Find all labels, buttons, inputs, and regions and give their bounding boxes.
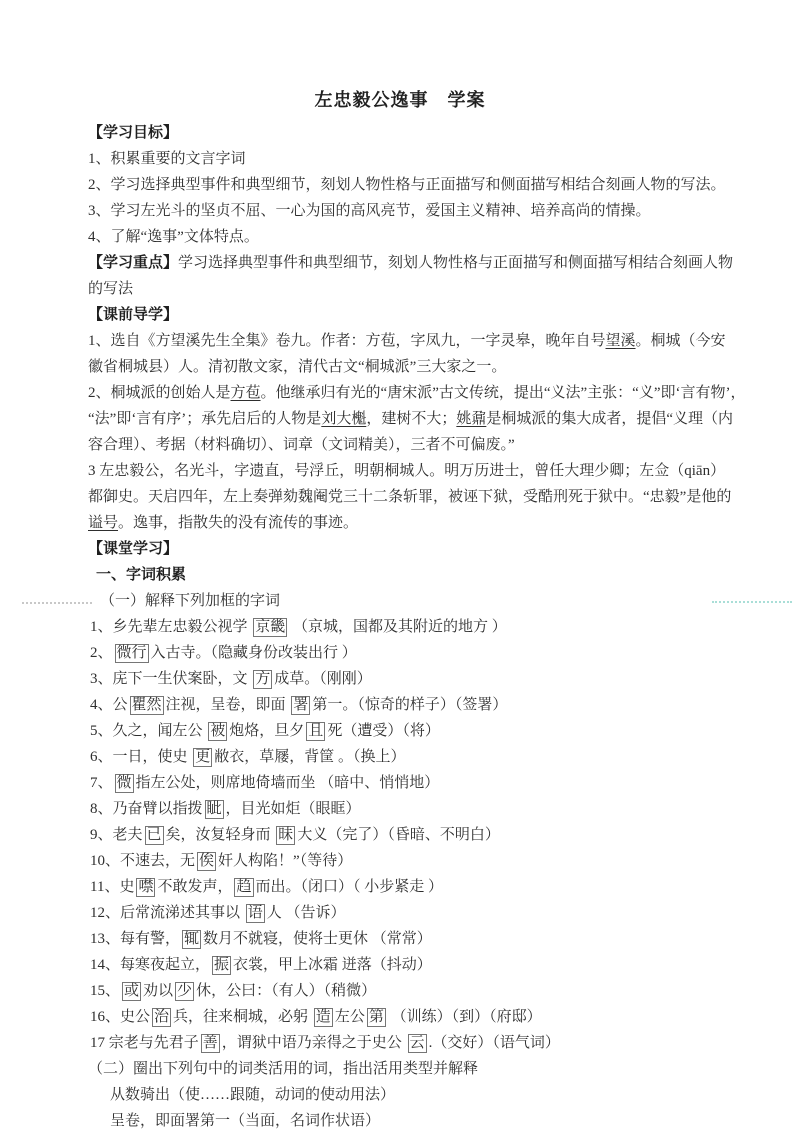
text-segment: 成草。（刚刚） (274, 671, 372, 687)
document-body: 【学习目标】 1、积累重要的文言字词2、学习选择典型事件和典型细节，刻划人物性格… (0, 112, 800, 1132)
text-segment: 2、学习选择典型事件和典型细节，刻划人物性格与正面描写和侧面描写相结合刻画人物的… (88, 177, 726, 193)
text-segment: 入古寺。（隐藏身份改装出行 ） (151, 645, 357, 661)
text-segment: 的写法 (88, 281, 133, 297)
preclass-line: 徽省桐城县）人。清初散文家，清代古文“桐城派”三大家之一。 (88, 354, 780, 380)
boxed-word: 语 (246, 904, 265, 923)
text-segment: 徽省桐城县）人。清初散文家，清代古文“桐城派”三大家之一。 (88, 359, 506, 375)
section-heading-preclass: 【课前导学】 (88, 302, 780, 328)
boxed-word: 云 (408, 1034, 427, 1053)
exercise1-item: 11、史噤不敢发声，趋而出。（闭口）（ 小步紧走 ） (88, 874, 780, 900)
text-segment: 炮烙，旦夕 (229, 723, 304, 739)
exercise1-item: 3、庑下一生伏案卧，文 方成草。（刚刚） (88, 666, 780, 692)
text-segment: 3、庑下一生伏案卧，文 (90, 671, 251, 687)
text-segment: 呈卷，即面署第一（当面，名词作状语） (110, 1113, 380, 1129)
exercise1-title: （一）解释下列加框的字词 (88, 588, 780, 614)
text-segment: 不敢发声， (157, 879, 232, 895)
text-segment: 6、一日，使史 (90, 749, 191, 765)
underlined-word: 方苞 (231, 385, 261, 401)
preclass-line: 谥号。逸事，指散失的没有流传的事迹。 (88, 510, 780, 536)
section-heading-goals: 【学习目标】 (88, 120, 780, 146)
text-segment: 休，公曰：（有人）（稍微） (196, 983, 376, 999)
exercise1-item: 12、后常流涕述其事以 语人 （告诉） (88, 900, 780, 926)
text-segment: （京城，国都及其附近的地方 ） (289, 619, 507, 635)
text-segment: 16、史公 (90, 1009, 150, 1025)
text-segment: 从数骑出（使……跟随，动词的使动用法） (110, 1087, 395, 1103)
boxed-word: 署 (291, 696, 310, 715)
text-segment: 11、史 (90, 879, 134, 895)
preclass-paragraphs: 1、选自《方望溪先生全集》卷九。作者：方苞，字凤九，一字灵皋，晚年自号望溪。桐城… (88, 328, 780, 536)
text-segment: 数月不就寝，使将士更休 （常常） (203, 931, 432, 947)
preclass-line: 1、选自《方望溪先生全集》卷九。作者：方苞，字凤九，一字灵皋，晚年自号望溪。桐城… (88, 328, 780, 354)
boxed-word: 眦 (205, 800, 224, 819)
text-segment: 。桐城（今安 (636, 333, 726, 349)
document-page: 左忠毅公逸事 学案 【学习目标】 1、积累重要的文言字词2、学习选择典型事件和典… (0, 0, 800, 1132)
underlined-word: 刘大櫆 (321, 411, 366, 427)
boxed-word: 京畿 (253, 618, 287, 637)
text-segment: （训练）（到）（府邸） (388, 1009, 542, 1025)
boxed-word: 治 (152, 1008, 171, 1027)
boxed-word: 且 (306, 722, 325, 741)
boxed-word: 微 (115, 774, 134, 793)
exercise2-line: 呈卷，即面署第一（当面，名词作状语） (88, 1108, 780, 1132)
boxed-word: 少 (175, 982, 194, 1001)
text-segment: 【学习重点】 (88, 255, 178, 271)
text-segment: 4、了解“逸事”文体特点。 (88, 229, 259, 245)
exercise1-item: 1、乡先辈左忠毅公视学 京畿 （京城，国都及其附近的地方 ） (88, 614, 780, 640)
text-segment: 敝衣，草屦，背筐 。（换上） (214, 749, 405, 765)
text-segment: 劝以 (143, 983, 173, 999)
preclass-line: 容合理）、考据（材料确切）、词章（文词精美），三者不可偏废。” (88, 432, 780, 458)
boxed-word: 瞿然 (130, 696, 164, 715)
preclass-line: 2、桐城派的创始人是方苞。他继承归有光的“唐宋派”古文传统，提出“义法”主张：“… (88, 380, 780, 406)
exercise1-item: 15、或劝以少休，公曰：（有人）（稍微） (88, 978, 780, 1004)
text-segment: 人 （告诉） (267, 905, 346, 921)
exercise1-item: 6、一日，使史 更敝衣，草屦，背筐 。（换上） (88, 744, 780, 770)
exercise1-item: 9、老夫已矣，汝复轻身而 昧大义（完了）（昏暗、不明白） (88, 822, 780, 848)
boxed-word: 或 (122, 982, 141, 1001)
exercise2-list: 从数骑出（使……跟随，动词的使动用法）呈卷，即面署第一（当面，名词作状语） (88, 1082, 780, 1132)
text-segment: ，目光如炬（眼眶） (226, 801, 361, 817)
goal-line: 2、学习选择典型事件和典型细节，刻划人物性格与正面描写和侧面描写相结合刻画人物的… (88, 172, 780, 198)
boxed-word: 造 (314, 1008, 333, 1027)
boxed-word: 方 (253, 670, 272, 689)
key-point-paragraph: 【学习重点】学习选择典型事件和典型细节，刻划人物性格与正面描写和侧面描写相结合刻… (88, 250, 780, 302)
boxed-word: 善 (201, 1034, 220, 1053)
text-segment: .（交好）（语气词） (429, 1035, 560, 1051)
text-segment: 2、桐城派的创始人是 (88, 385, 231, 401)
goal-line: 3、学习左光斗的坚贞不屈、一心为国的高风亮节，爱国主义精神、培养高尚的情操。 (88, 198, 780, 224)
text-segment: 1、积累重要的文言字词 (88, 151, 246, 167)
exercise1-item: 10、不速去，无俟奸人构陷！”（等待） (88, 848, 780, 874)
boxed-word: 趋 (234, 878, 253, 897)
text-segment: 而出。（闭口）（ 小步紧走 ） (256, 879, 444, 895)
exercise2-line: 从数骑出（使……跟随，动词的使动用法） (88, 1082, 780, 1108)
text-segment: 4、公 (90, 697, 128, 713)
key-point-line: 【学习重点】学习选择典型事件和典型细节，刻划人物性格与正面描写和侧面描写相结合刻… (88, 250, 780, 276)
boxed-word: 振 (212, 956, 231, 975)
underlined-word: 谥号 (88, 515, 118, 531)
text-segment: 1、选自《方望溪先生全集》卷九。作者：方苞，字凤九，一字灵皋，晚年自号 (88, 333, 606, 349)
scan-artifact-right-dotted-line (712, 601, 792, 603)
exercise1-item: 14、每寒夜起立，振衣裳，甲上冰霜 迸落（抖动） (88, 952, 780, 978)
preclass-line: 3 左忠毅公，名光斗，字遗直，号浮丘，明朝桐城人。明万历进士，曾任大理少卿；左佥… (88, 458, 780, 484)
exercise1-list: 1、乡先辈左忠毅公视学 京畿 （京城，国都及其附近的地方 ）2、微行入古寺。（隐… (88, 614, 780, 1056)
text-segment: 13、每有警， (90, 931, 180, 947)
boxed-word: 被 (208, 722, 227, 741)
text-segment: 大义（完了）（昏暗、不明白） (297, 827, 500, 843)
text-segment: 12、后常流涕述其事以 (90, 905, 244, 921)
text-segment: 容合理）、考据（材料确切）、词章（文词精美），三者不可偏废。” (88, 437, 515, 453)
boxed-word: 俟 (197, 852, 216, 871)
exercise1-item: 7、微指左公处，则席地倚墙而坐 （暗中、悄悄地） (88, 770, 780, 796)
subsection-title-words: 一、字词积累 (88, 562, 780, 588)
text-segment: “法”即‘言有序’；承先启后的人物是 (88, 411, 321, 427)
goal-line: 4、了解“逸事”文体特点。 (88, 224, 780, 250)
boxed-word: 微行 (115, 644, 149, 663)
goal-line: 1、积累重要的文言字词 (88, 146, 780, 172)
boxed-word: 昧 (276, 826, 295, 845)
text-segment: 17 宗老与先君子 (90, 1035, 199, 1051)
page-title: 左忠毅公逸事 学案 (315, 90, 486, 110)
text-segment: 兵，往来桐城，必躬 (173, 1009, 312, 1025)
text-segment: 奸人构陷！”（等待） (218, 853, 352, 869)
exercise1-item: 2、微行入古寺。（隐藏身份改装出行 ） (88, 640, 780, 666)
boxed-word: 辄 (182, 930, 201, 949)
text-segment: 8、乃奋臂以指拨 (90, 801, 203, 817)
text-segment: 死（遭受）（将） (327, 723, 440, 739)
exercise1-item: 4、公瞿然注视，呈卷，即面 署第一。（惊奇的样子）（签署） (88, 692, 780, 718)
text-segment: 14、每寒夜起立， (90, 957, 210, 973)
text-segment: 15、 (90, 983, 120, 999)
preclass-line: 都御史。天启四年，左上奏弹劾魏阉党三十二条斩罪，被诬下狱，受酷刑死于狱中。“忠毅… (88, 484, 780, 510)
text-segment: 矣，汝复轻身而 (166, 827, 275, 843)
boxed-word: 已 (145, 826, 164, 845)
text-segment: 第一。（惊奇的样子）（签署） (312, 697, 507, 713)
boxed-word: 噤 (136, 878, 155, 897)
underlined-word: 望溪 (606, 333, 636, 349)
exercise1-item: 13、每有警，辄数月不就寝，使将士更休 （常常） (88, 926, 780, 952)
text-segment: 3、学习左光斗的坚贞不屈、一心为国的高风亮节，爱国主义精神、培养高尚的情操。 (88, 203, 651, 219)
text-segment: 衣裳，甲上冰霜 迸落（抖动） (233, 957, 432, 973)
text-segment: 10、不速去，无 (90, 853, 195, 869)
underlined-word: 姚鼐 (456, 411, 486, 427)
text-segment: 2、 (90, 645, 113, 661)
title-row: 左忠毅公逸事 学案 (0, 0, 800, 112)
text-segment: 5、久之，闻左公 (90, 723, 206, 739)
exercise2-title: （二）圈出下列句中的词类活用的词，指出活用类型并解释 (88, 1056, 780, 1082)
text-segment: 。他继承归有光的“唐宋派”古文传统，提出“义法”主张：“义”即‘言有物’， (261, 385, 746, 401)
text-segment: 左公 (335, 1009, 365, 1025)
section-heading-classwork: 【课堂学习】 (88, 536, 780, 562)
boxed-word: 更 (193, 748, 212, 767)
key-point-line: 的写法 (88, 276, 780, 302)
text-segment: ，建树不大； (366, 411, 456, 427)
text-segment: 注视，呈卷，即面 (166, 697, 290, 713)
text-segment: 。逸事，指散失的没有流传的事迹。 (118, 515, 358, 531)
exercise1-item: 16、史公治兵，往来桐城，必躬 造左公第 （训练）（到）（府邸） (88, 1004, 780, 1030)
preclass-line: “法”即‘言有序’；承先启后的人物是刘大櫆，建树不大；姚鼐是桐城派的集大成者，提… (88, 406, 780, 432)
text-segment: 7、 (90, 775, 113, 791)
text-segment: 都御史。天启四年，左上奏弹劾魏阉党三十二条斩罪，被诬下狱，受酷刑死于狱中。“忠毅… (88, 489, 731, 505)
text-segment: 学习选择典型事件和典型细节，刻划人物性格与正面描写和侧面描写相结合刻画人物 (178, 255, 733, 271)
scan-artifact-left-dotted-line (22, 602, 92, 604)
text-segment: 1、乡先辈左忠毅公视学 (90, 619, 251, 635)
exercise1-item: 17 宗老与先君子善，谓狱中语乃亲得之于史公 云.（交好）（语气词） (88, 1030, 780, 1056)
exercise1-item: 8、乃奋臂以指拨眦，目光如炬（眼眶） (88, 796, 780, 822)
text-segment: ，谓狱中语乃亲得之于史公 (222, 1035, 406, 1051)
text-segment: 3 左忠毅公，名光斗，字遗直，号浮丘，明朝桐城人。明万历进士，曾任大理少卿；左佥… (88, 463, 725, 479)
text-segment: 是桐城派的集大成者，提倡“义理（内 (486, 411, 733, 427)
exercise1-item: 5、久之，闻左公 被炮烙，旦夕且死（遭受）（将） (88, 718, 780, 744)
boxed-word: 第 (367, 1008, 386, 1027)
text-segment: 指左公处，则席地倚墙而坐 （暗中、悄悄地） (136, 775, 440, 791)
text-segment: 9、老夫 (90, 827, 143, 843)
goals-list: 1、积累重要的文言字词2、学习选择典型事件和典型细节，刻划人物性格与正面描写和侧… (88, 146, 780, 250)
